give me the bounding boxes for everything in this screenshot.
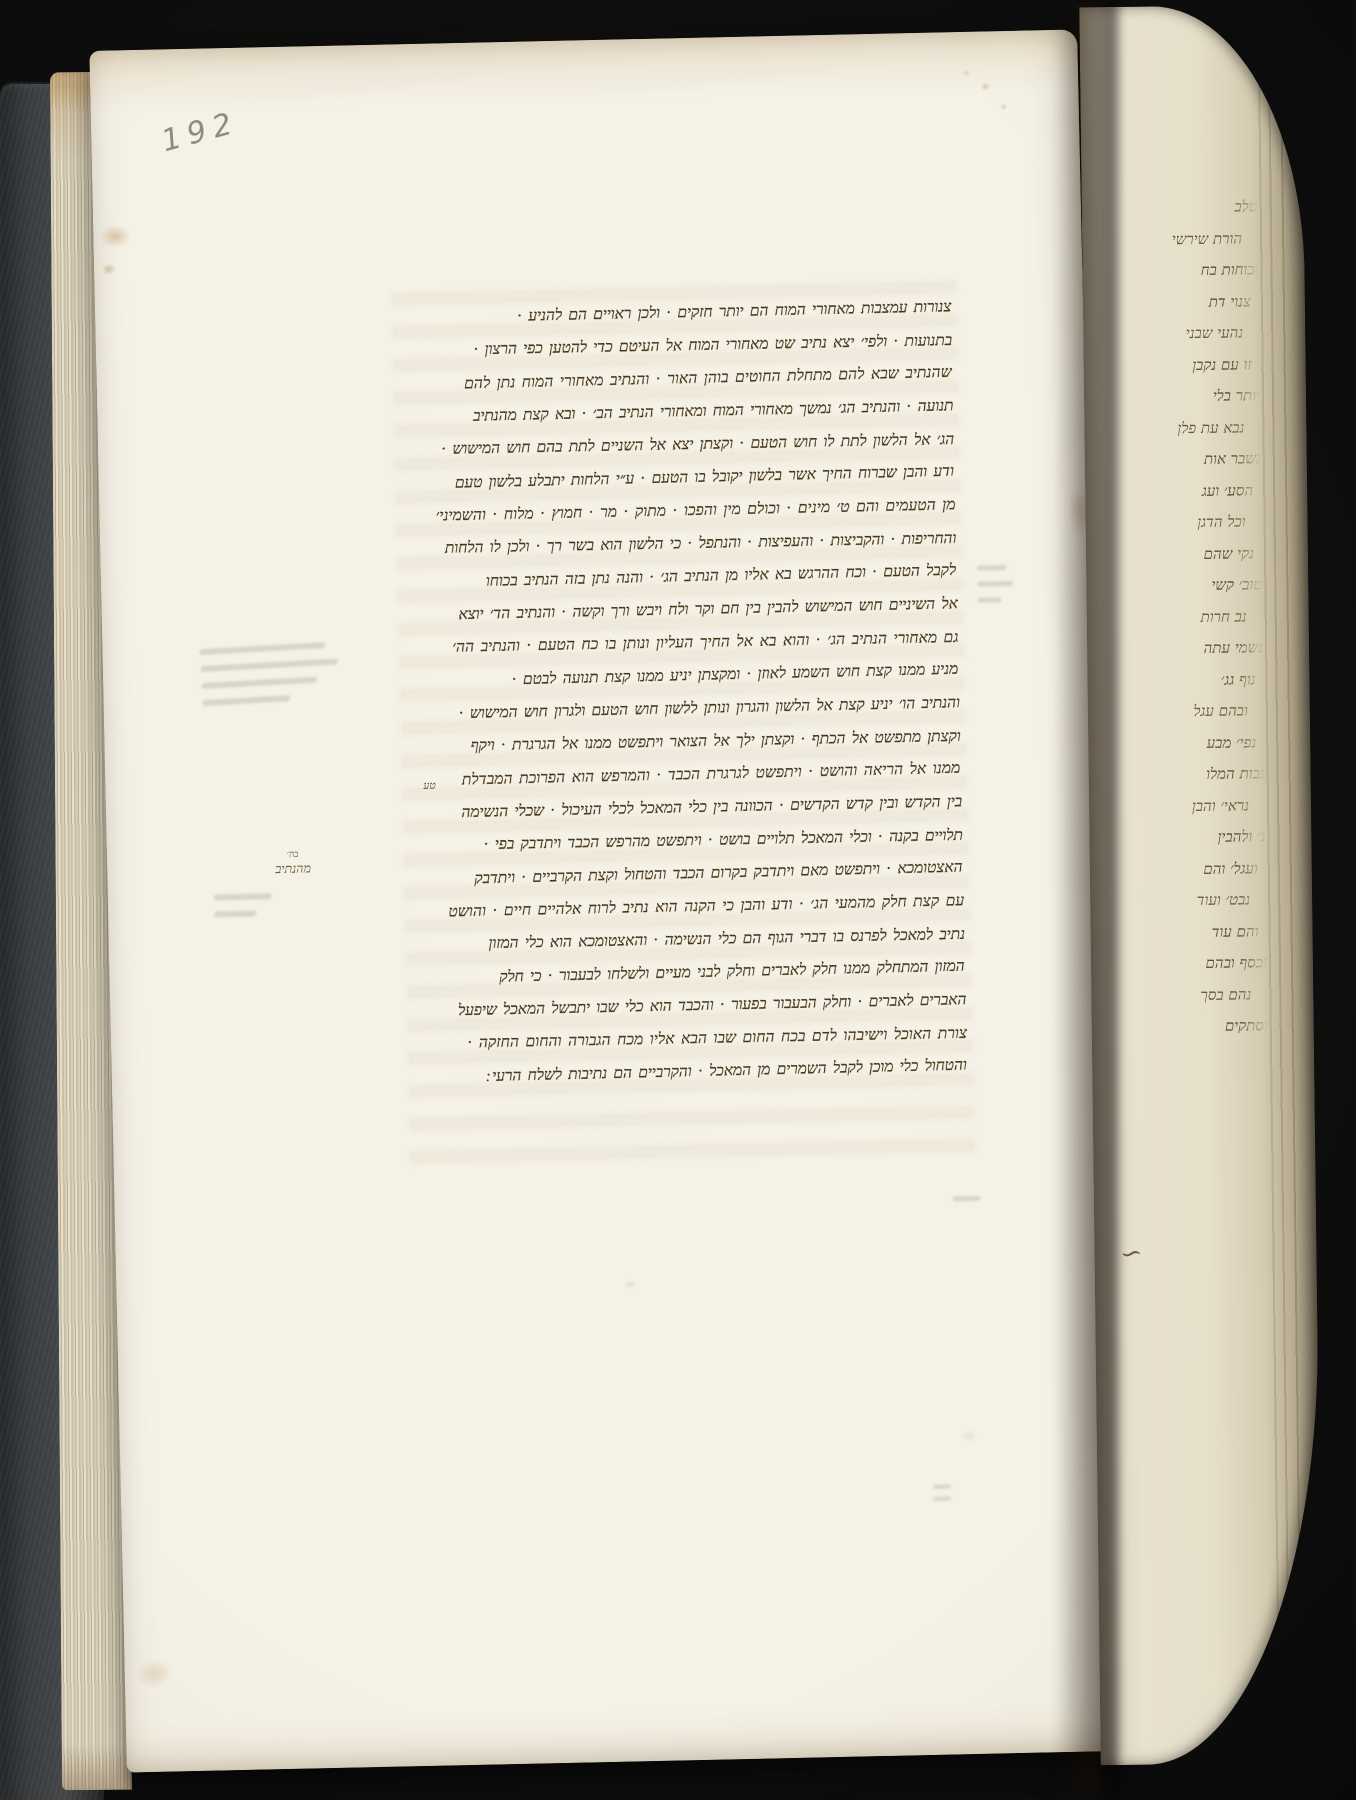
folio-number: 192	[158, 105, 243, 159]
faded-bleedthrough-mark	[933, 1484, 960, 1509]
manuscript-photo: 192 צנורות עמצבות מאחורי המוח הם יותר חז…	[0, 0, 1356, 1800]
faded-bleedthrough-mark	[953, 1196, 987, 1213]
main-text-block: צנורות עמצבות מאחורי המוח הם יותר חזקים …	[391, 290, 968, 1094]
faded-marginal-note	[199, 641, 343, 717]
faded-marginal-note	[214, 893, 285, 929]
manuscript-page: 192 צנורות עמצבות מאחורי המוח הם יותר חז…	[89, 29, 1114, 1772]
edge-text-fragment: וסתקים	[1092, 1010, 1272, 1044]
gutter-shadow	[1054, 0, 1118, 1800]
ink-curl-mark: ∽	[1118, 1237, 1145, 1271]
margin-ink-note: בה׳ מהנתיב	[275, 848, 311, 875]
superscript-correction-note: טע	[423, 780, 436, 792]
edge-text-fragment: נהם בסך	[1091, 979, 1271, 1013]
faded-bleedthrough-mark	[977, 565, 1018, 614]
margin-ink-note-text: מהנתיב	[275, 861, 311, 875]
